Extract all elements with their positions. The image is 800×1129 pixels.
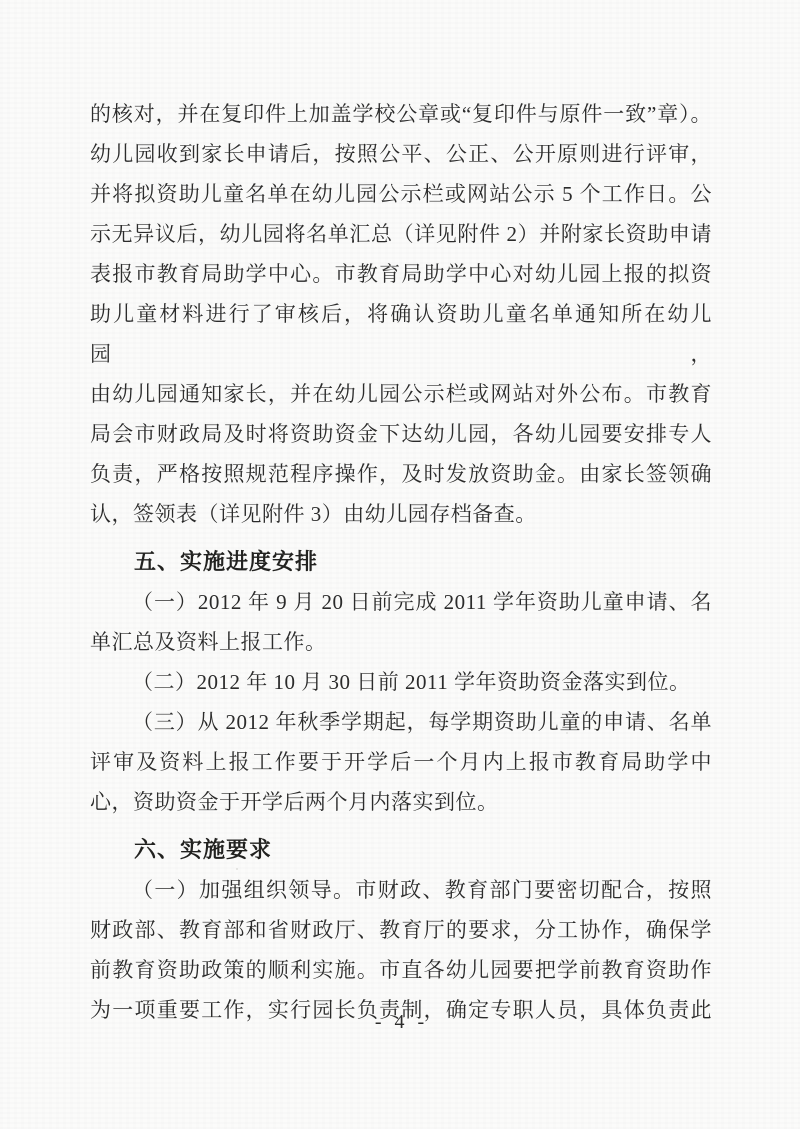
section-heading: 五、实施进度安排 [90,542,712,582]
heading-line: 六、实施要求 [90,830,712,870]
text-line: 负责，严格按照规范程序操作，及时发放资助金。由家长签领确 [90,454,712,494]
text-line: 财政部、教育部和省财政厅、教育厅的要求，分工协作，确保学 [90,910,712,950]
text-line: 幼儿园收到家长申请后，按照公平、公正、公开原则进行评审， [90,134,712,174]
text-line: 示无异议后，幼儿园将名单汇总（详见附件 2）并附家长资助申请 [90,214,712,254]
paragraph: 的核对，并在复印件上加盖学校公章或“复印件与原件一致”章）。幼儿园收到家长申请后… [90,94,712,534]
text-line: （一）2012 年 9 月 20 日前完成 2011 学年资助儿童申请、名 [90,582,712,622]
text-line: 助儿童材料进行了审核后，将确认资助儿童名单通知所在幼儿园， [90,294,712,374]
text-line: 表报市教育局助学中心。市教育局助学中心对幼儿园上报的拟资 [90,254,712,294]
text-line: （一）加强组织领导。市财政、教育部门要密切配合，按照 [90,870,712,910]
text-line: （三）从 2012 年秋季学期起，每学期资助儿童的申请、名单 [90,702,712,742]
text-line: 单汇总及资料上报工作。 [90,622,712,662]
heading-line: 五、实施进度安排 [90,542,712,582]
text-line: 前教育资助政策的顺利实施。市直各幼儿园要把学前教育资助作 [90,950,712,990]
text-line: （二）2012 年 10 月 30 日前 2011 学年资助资金落实到位。 [90,662,712,702]
scanned-document: { "document": { "footer": { "page_label"… [0,0,800,1129]
text-line: 局会市财政局及时将资助资金下达幼儿园，各幼儿园要安排专人 [90,414,712,454]
document-body: 的核对，并在复印件上加盖学校公章或“复印件与原件一致”章）。幼儿园收到家长申请后… [90,94,712,1030]
section-heading: 六、实施要求 [90,830,712,870]
paragraph: （三）从 2012 年秋季学期起，每学期资助儿童的申请、名单评审及资料上报工作要… [90,702,712,822]
paragraph: （一）2012 年 9 月 20 日前完成 2011 学年资助儿童申请、名单汇总… [90,582,712,662]
text-line: 认，签领表（详见附件 3）由幼儿园存档备查。 [90,494,712,534]
text-line: 由幼儿园通知家长，并在幼儿园公示栏或网站对外公布。市教育 [90,374,712,414]
paragraph: （一）加强组织领导。市财政、教育部门要密切配合，按照财政部、教育部和省财政厅、教… [90,870,712,1030]
text-line: 并将拟资助儿童名单在幼儿园公示栏或网站公示 5 个工作日。公 [90,174,712,214]
text-line: 心，资助资金于开学后两个月内落实到位。 [90,782,712,822]
page-number: - 4 - [0,1011,800,1034]
paragraph: （二）2012 年 10 月 30 日前 2011 学年资助资金落实到位。 [90,662,712,702]
text-line: 的核对，并在复印件上加盖学校公章或“复印件与原件一致”章）。 [90,94,712,134]
text-line: 评审及资料上报工作要于开学后一个月内上报市教育局助学中 [90,742,712,782]
